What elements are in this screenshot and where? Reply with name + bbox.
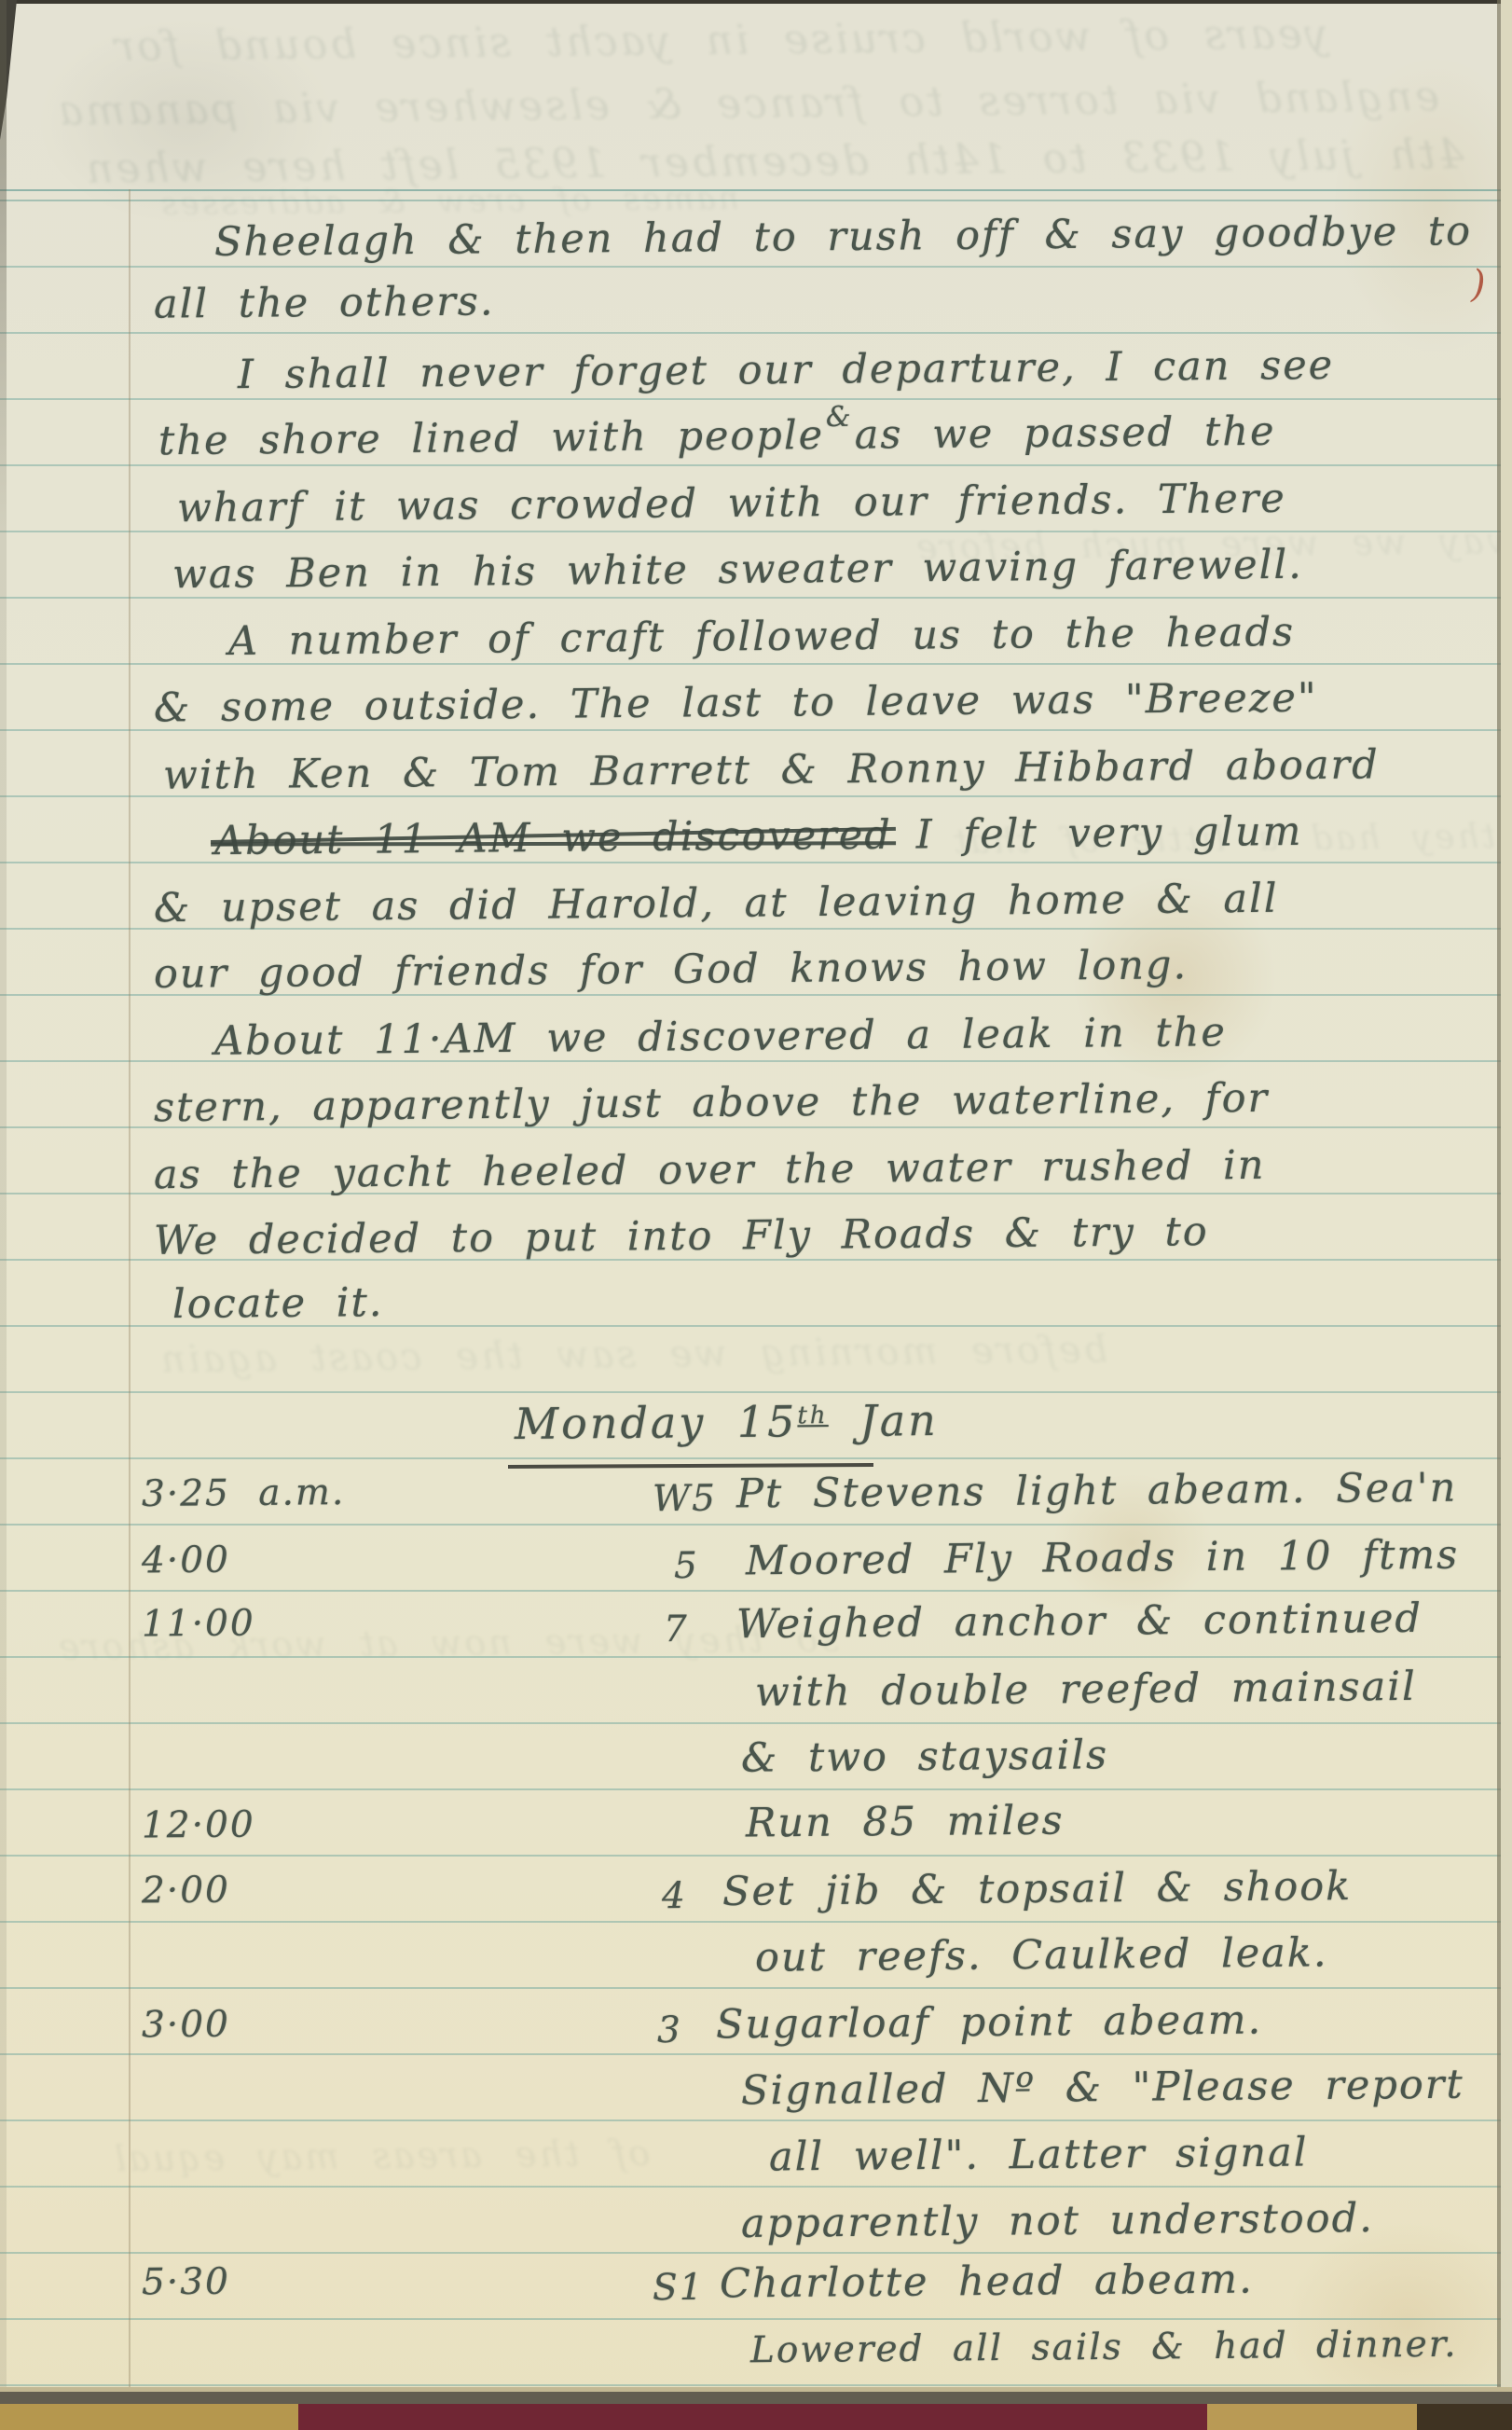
- handwritten-line: We decided to put into Fly Roads & try t…: [154, 1212, 1209, 1262]
- line-text: I felt very glum: [916, 808, 1303, 859]
- log-wind-code: 5: [674, 1548, 699, 1584]
- cover-maroon-segment: [298, 2404, 1207, 2430]
- page-bottom-shadow: [0, 2392, 1512, 2404]
- page-left-edge: [0, 0, 7, 2430]
- page-top-edge: [0, 0, 1512, 4]
- log-entry: Pt Stevens light abeam. Sea'n: [736, 1469, 1458, 1515]
- log-entry: & two staysails: [741, 1735, 1109, 1778]
- cover-darkbrown-segment: [1417, 2404, 1512, 2430]
- log-entry: apparently not understood.: [741, 2199, 1374, 2244]
- heading-day: Monday: [515, 1397, 707, 1449]
- handwritten-line: About 11 AM we discoveredI felt very glu…: [214, 812, 1303, 862]
- handwritten-line: the shore lined with people&as we passed…: [158, 412, 1276, 462]
- handwritten-line: with Ken & Tom Barrett & Ronny Hibbard a…: [163, 745, 1380, 795]
- ghost-bleedthrough-line: years of world cruise in yacht since bou…: [112, 10, 1328, 71]
- log-entry: Moored Fly Roads in 10 ftms: [746, 1536, 1460, 1582]
- inserted-ampersand: &: [826, 401, 853, 434]
- handwritten-line: was Ben in his white sweater waving fare…: [172, 545, 1303, 596]
- handwritten-line: wharf it was crowded with our friends. T…: [177, 479, 1286, 529]
- header-double-rule: [0, 189, 1501, 191]
- next-page-sliver: [1501, 0, 1512, 2396]
- cover-gold-segment: [0, 2404, 298, 2430]
- line-text: as we passed the: [855, 408, 1276, 459]
- handwritten-line: About 11·AM we discovered a leak in the: [214, 1013, 1227, 1061]
- log-wind-code: S1: [653, 2270, 705, 2306]
- log-time: 4·00: [142, 1542, 230, 1580]
- log-entry: Run 85 miles: [746, 1802, 1065, 1844]
- line-text: the shore lined with people: [158, 412, 824, 464]
- log-entry: Signalled Nº & "Please report: [741, 2065, 1464, 2112]
- log-entry: Set jib & topsail & shook: [722, 1867, 1353, 1912]
- log-date-heading: Monday 15th Jan: [515, 1399, 939, 1445]
- heading-ordinal: th: [797, 1401, 828, 1429]
- handwritten-line: A number of craft followed us to the hea…: [228, 613, 1295, 662]
- heading-date: 15: [737, 1396, 798, 1447]
- handwritten-line: our good friends for God knows how long.: [154, 946, 1188, 995]
- ghost-bleedthrough-line: england via torres to france & elsewhere…: [56, 73, 1440, 135]
- log-time: 12·00: [142, 1806, 255, 1843]
- log-time: 3·25 a.m.: [142, 1474, 346, 1512]
- log-entry: out reefs. Caulked leak.: [755, 1933, 1328, 1978]
- log-wind-code: 7: [664, 1611, 689, 1648]
- log-wind-code: 4: [662, 1878, 687, 1914]
- margin-line: [129, 189, 131, 2390]
- cover-tan-segment: [1207, 2404, 1417, 2430]
- handwritten-line: all the others.: [154, 282, 495, 324]
- log-entry: Charlotte head abeam.: [720, 2260, 1254, 2305]
- log-entry: Lowered all sails & had dinner.: [750, 2326, 1458, 2369]
- log-entry: Weighed anchor & continued: [736, 1599, 1423, 1645]
- journal-page: years of world cruise in yacht since bou…: [0, 0, 1512, 2430]
- log-entry: Sugarloaf point abeam.: [716, 2000, 1263, 2045]
- log-entry: with double reefed mainsail: [755, 1667, 1417, 1713]
- handwritten-line: locate it.: [172, 1283, 384, 1325]
- log-wind-code: 3: [657, 2012, 682, 2049]
- log-time: 2·00: [142, 1872, 230, 1910]
- handwritten-line: I shall never forget our departure, I ca…: [238, 346, 1334, 395]
- red-pen-mark: ): [1471, 263, 1486, 306]
- handwritten-line: as the yacht heeled over the water rushe…: [154, 1146, 1266, 1195]
- log-wind-code: W5: [653, 1481, 717, 1518]
- log-entry: all well". Latter signal: [769, 2133, 1309, 2177]
- handwritten-line: & some outside. The last to leave was "B…: [154, 679, 1318, 729]
- heading-month: Jan: [859, 1395, 939, 1446]
- log-time: 5·30: [142, 2264, 230, 2301]
- struck-out-text: About 11 AM we discovered: [214, 816, 892, 862]
- handwritten-line: Sheelagh & then had to rush off & say go…: [214, 212, 1472, 263]
- handwritten-line: stern, apparently just above the waterli…: [154, 1079, 1269, 1128]
- log-time: 3·00: [142, 2007, 230, 2044]
- log-time: 11·00: [142, 1605, 255, 1642]
- handwritten-line: & upset as did Harold, at leaving home &…: [154, 879, 1279, 930]
